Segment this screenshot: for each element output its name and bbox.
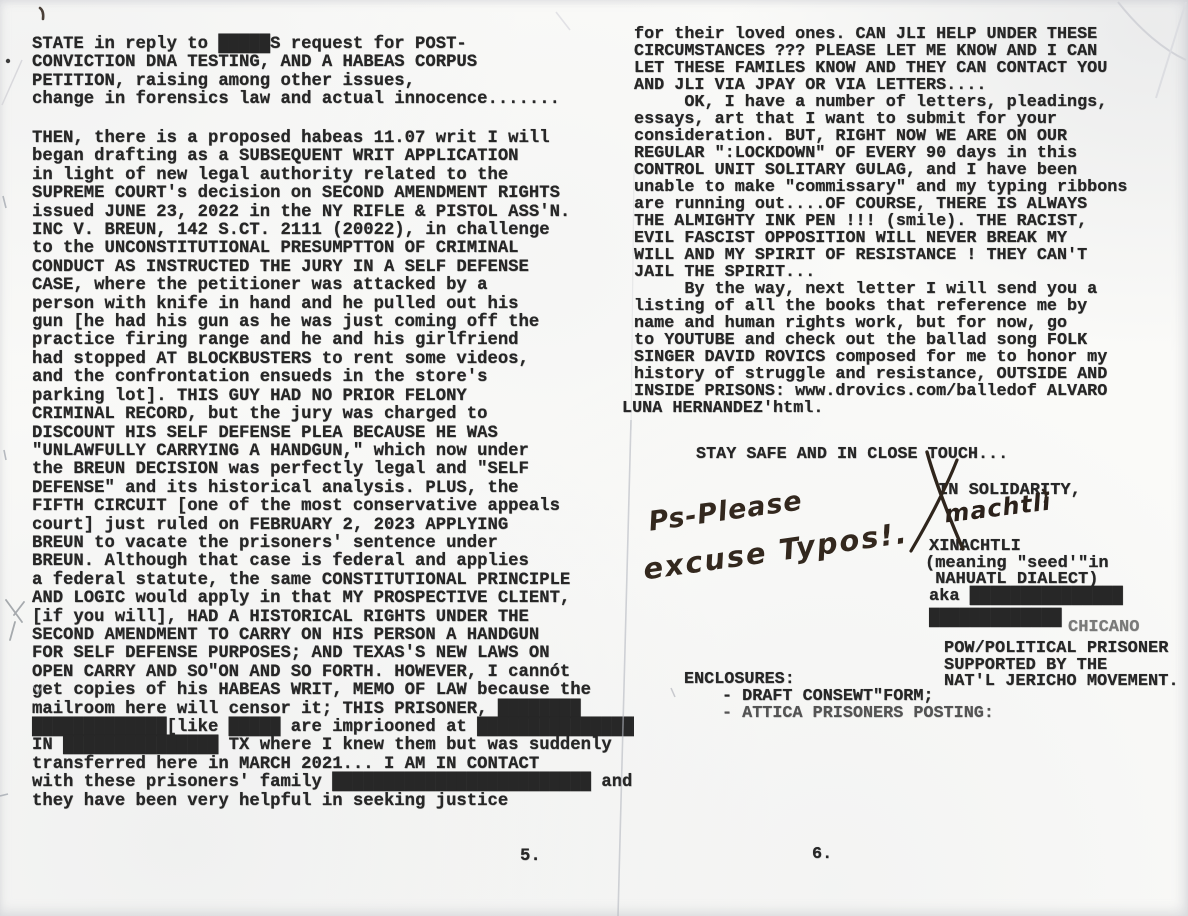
signature-redaction-bar: █████████████ bbox=[929, 610, 1062, 627]
page5-number: 5. bbox=[520, 848, 541, 866]
page6-body-paragraph: for their loved ones. CAN JLI HELP UNDER… bbox=[634, 26, 1127, 400]
signature-name: XINACHTLI bbox=[929, 538, 1021, 555]
crease-right-edge bbox=[1156, 2, 1186, 98]
signature-meaning-line2: NAHUATL DIALECT) bbox=[925, 571, 1098, 588]
closing-line: STAY SAFE AND IN CLOSE TOUCH... bbox=[696, 446, 1008, 463]
pencil-tick-enclosures bbox=[671, 688, 675, 697]
signature-chicano: CHICANO bbox=[1068, 619, 1139, 636]
page5-body-paragraph: THEN, there is a proposed habeas 11.07 w… bbox=[32, 130, 634, 811]
scanned-letter: STATE in reply to █████S request for POS… bbox=[0, 0, 1188, 916]
page5-opening-paragraph: STATE in reply to █████S request for POS… bbox=[32, 36, 560, 110]
crease-top-right bbox=[1118, 2, 1186, 60]
enclosures-item-1: - DRAFT CONSEWT"FORM; bbox=[722, 688, 933, 705]
enclosures-title: ENCLOSURES: bbox=[684, 671, 795, 688]
handwritten-ps-line1: Ps-Please bbox=[647, 485, 805, 537]
page6-number: 6. bbox=[812, 846, 832, 863]
signature-pow-line3: NAT'L JERICHO MOVEMENT. bbox=[944, 673, 1179, 690]
page6-body-last-line: LUNA HERNANDEZ'html. bbox=[622, 400, 823, 417]
signature-aka-redacted: aka ███████████████ bbox=[929, 588, 1123, 605]
enclosures-item-2: - ATTICA PRISONERS POSTING: bbox=[722, 705, 994, 722]
page-5: STATE in reply to █████S request for POS… bbox=[0, 0, 634, 916]
signature-pow-line1: POW/POLITICAL PRISONER bbox=[944, 640, 1168, 657]
